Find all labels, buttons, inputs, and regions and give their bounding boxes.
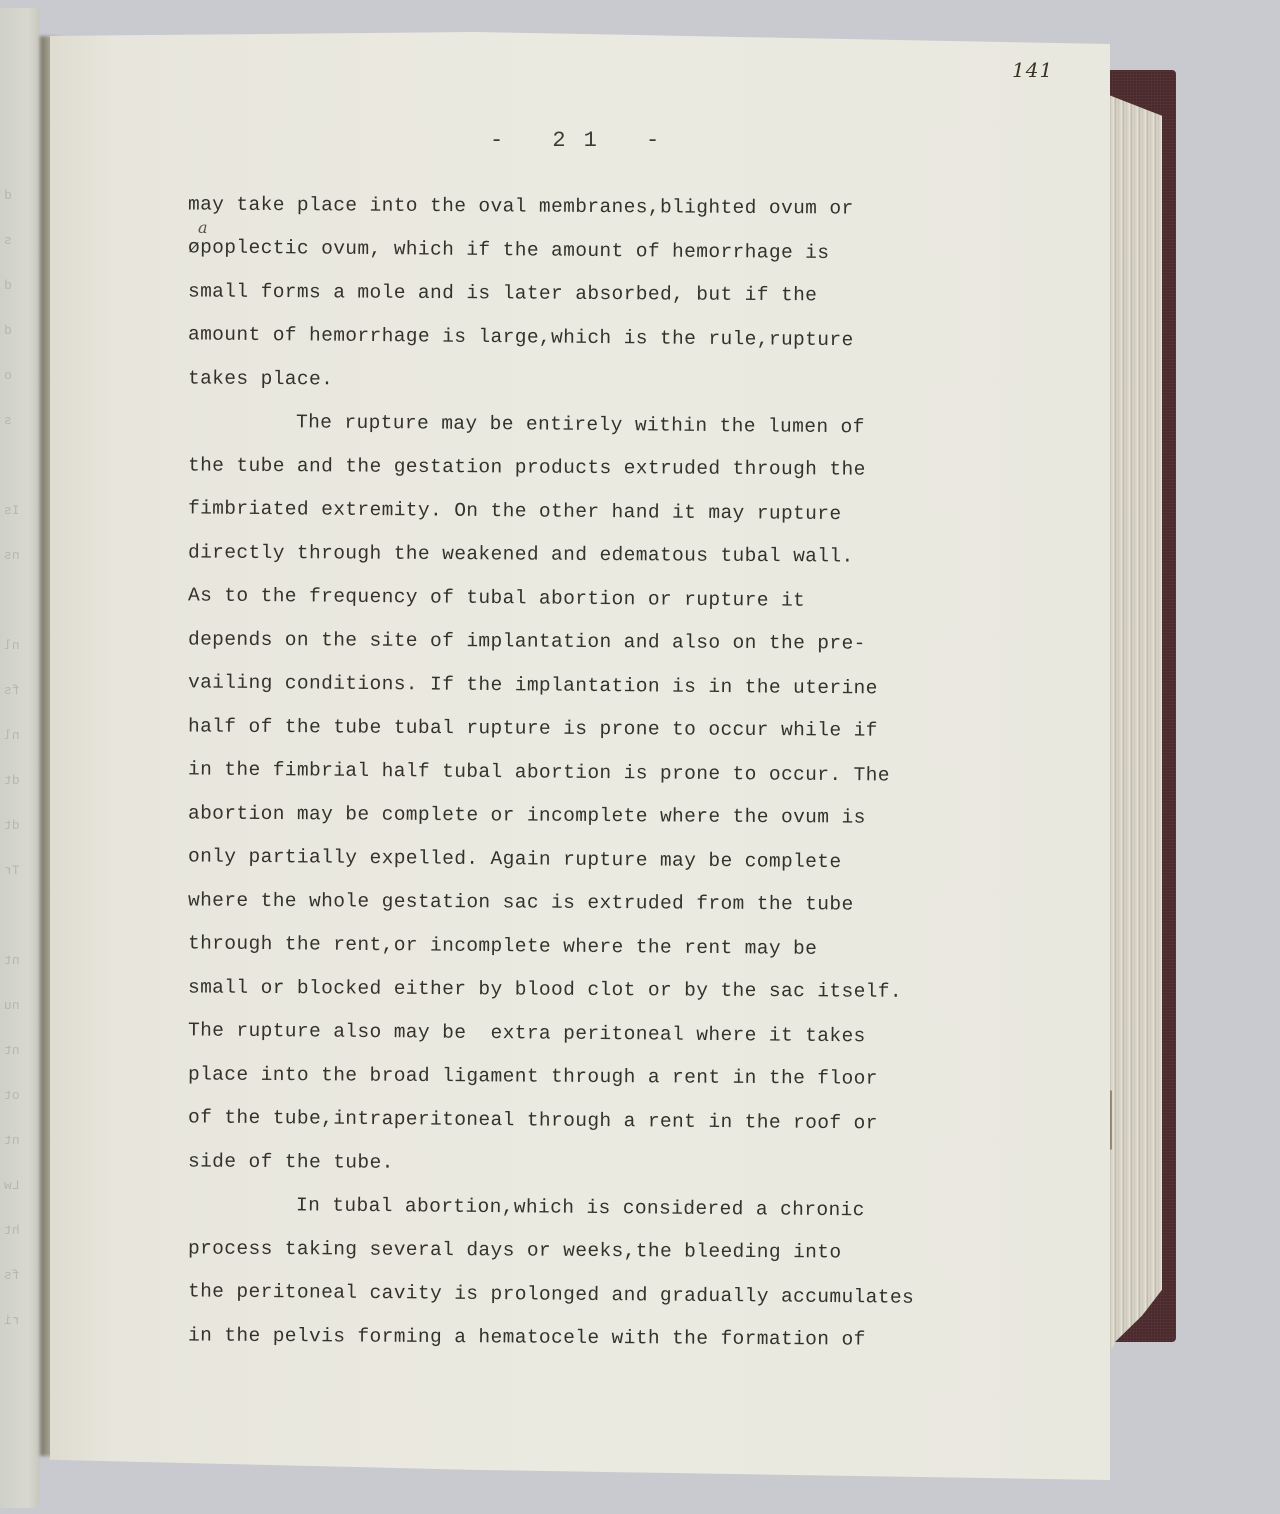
text-line: may take place into the oval membranes,b…: [188, 183, 1018, 232]
text-line: fimbriated extremity. On the other hand …: [188, 487, 1018, 538]
text-line: small forms a mole and is later absorbed…: [188, 270, 1018, 319]
text-line: directly through the weakened and edemat…: [188, 531, 1018, 580]
previous-page-edge: dsddosIsnsnlfsnldtdtTrntnuntotntLwhtfsri: [0, 8, 40, 1508]
text-line: process taking several days or weeks,the…: [188, 1227, 1018, 1276]
text-line: As to the frequency of tubal abortion or…: [188, 574, 1018, 625]
text-line: small or blocked either by blood clot or…: [188, 966, 1018, 1015]
handwritten-folio-number: 141: [1012, 58, 1053, 82]
text-line: The rupture also may be extra peritoneal…: [188, 1009, 1018, 1060]
handwritten-correction: a: [198, 218, 208, 237]
text-line: takes place.: [188, 357, 1018, 406]
text-line: vailing conditions. If the implantation …: [188, 661, 1018, 712]
text-line: depends on the site of implantation and …: [188, 618, 1018, 667]
text-line: øpoplectic ovum, which if the amount of …: [188, 226, 1018, 277]
typed-page-number: - 21 -: [490, 128, 677, 153]
text-line: through the rent,or incomplete where the…: [188, 922, 1018, 973]
text-line: the peritoneal cavity is prolonged and g…: [188, 1270, 1018, 1321]
text-line: half of the tube tubal rupture is prone …: [188, 705, 1018, 754]
text-line: only partially expelled. Again rupture m…: [188, 835, 1018, 886]
text-line: side of the tube.: [188, 1140, 1018, 1189]
text-line: In tubal abortion,which is considered a …: [188, 1183, 1018, 1234]
text-line: where the whole gestation sac is extrude…: [188, 879, 1018, 928]
text-line: abortion may be complete or incomplete w…: [188, 792, 1018, 841]
text-line: of the tube,intraperitoneal through a re…: [188, 1096, 1018, 1147]
text-line: The rupture may be entirely within the l…: [188, 400, 1018, 451]
text-line: amount of hemorrhage is large,which is t…: [188, 313, 1018, 364]
document-body: may take place into the oval membranes,b…: [188, 186, 1018, 1361]
text-line: in the pelvis forming a hematocele with …: [188, 1314, 1018, 1363]
text-line: the tube and the gestation products extr…: [188, 444, 1018, 493]
text-line: place into the broad ligament through a …: [188, 1053, 1018, 1102]
text-line: in the fimbrial half tubal abortion is p…: [188, 748, 1018, 799]
